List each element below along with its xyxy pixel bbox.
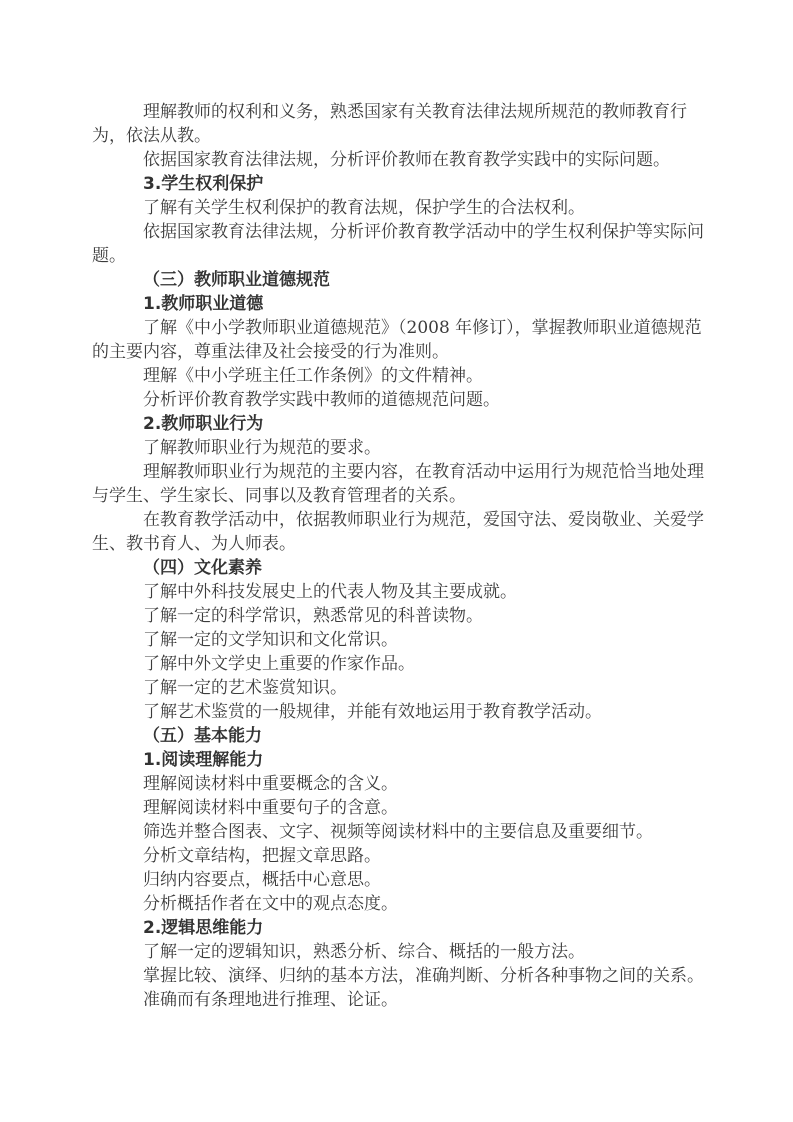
paragraph: 了解一定的科学常识，熟悉常见的科普读物。 <box>92 604 710 628</box>
paragraph: 了解中外科技发展史上的代表人物及其主要成就。 <box>92 580 710 604</box>
paragraph: 分析概括作者在文中的观点态度。 <box>92 892 710 916</box>
paragraph: 了解有关学生权利保护的教育法规，保护学生的合法权利。 <box>92 196 710 220</box>
paragraph: 理解阅读材料中重要概念的含义。 <box>92 772 710 796</box>
section-heading: （三）教师职业道德规范 <box>92 268 710 292</box>
section-heading: 1.阅读理解能力 <box>92 748 710 772</box>
paragraph: 分析评价教育教学实践中教师的道德规范问题。 <box>92 388 710 412</box>
paragraph: 筛选并整合图表、文字、视频等阅读材料中的主要信息及重要细节。 <box>92 820 710 844</box>
paragraph: 理解《中小学班主任工作条例》的文件精神。 <box>92 364 710 388</box>
paragraph: 准确而有条理地进行推理、论证。 <box>92 988 710 1012</box>
paragraph: 分析文章结构，把握文章思路。 <box>92 844 710 868</box>
paragraph: 了解一定的逻辑知识，熟悉分析、综合、概括的一般方法。 <box>92 940 710 964</box>
paragraph: 掌握比较、演绎、归纳的基本方法，准确判断、分析各种事物之间的关系。 <box>92 964 710 988</box>
section-heading: 3.学生权利保护 <box>92 172 710 196</box>
section-heading: 2.教师职业行为 <box>92 412 710 436</box>
paragraph: 了解中外文学史上重要的作家作品。 <box>92 652 710 676</box>
paragraph: 了解《中小学教师职业道德规范》（2008 年修订），掌握教师职业道德规范 的主要… <box>92 316 710 364</box>
paragraph: 理解教师的权利和义务，熟悉国家有关教育法律法规所规范的教师教育行 为，依法从教。 <box>92 100 710 148</box>
section-heading: 2.逻辑思维能力 <box>92 916 710 940</box>
paragraph: 了解教师职业行为规范的要求。 <box>92 436 710 460</box>
paragraph: 理解教师职业行为规范的主要内容，在教育活动中运用行为规范恰当地处理 与学生、学生… <box>92 460 710 508</box>
paragraph: 依据国家教育法律法规，分析评价教师在教育教学实践中的实际问题。 <box>92 148 710 172</box>
document-text-block: 理解教师的权利和义务，熟悉国家有关教育法律法规所规范的教师教育行 为，依法从教。… <box>92 100 710 1012</box>
document-page: 理解教师的权利和义务，熟悉国家有关教育法律法规所规范的教师教育行 为，依法从教。… <box>0 0 793 1122</box>
section-heading: （五）基本能力 <box>92 724 710 748</box>
section-heading: 1.教师职业道德 <box>92 292 710 316</box>
paragraph: 了解艺术鉴赏的一般规律，并能有效地运用于教育教学活动。 <box>92 700 710 724</box>
paragraph: 理解阅读材料中重要句子的含意。 <box>92 796 710 820</box>
paragraph: 在教育教学活动中，依据教师职业行为规范，爱国守法、爱岗敬业、关爱学 生、教书育人… <box>92 508 710 556</box>
paragraph: 归纳内容要点，概括中心意思。 <box>92 868 710 892</box>
paragraph: 了解一定的艺术鉴赏知识。 <box>92 676 710 700</box>
paragraph: 了解一定的文学知识和文化常识。 <box>92 628 710 652</box>
paragraph: 依据国家教育法律法规，分析评价教育教学活动中的学生权利保护等实际问 题。 <box>92 220 710 268</box>
section-heading: （四）文化素养 <box>92 556 710 580</box>
